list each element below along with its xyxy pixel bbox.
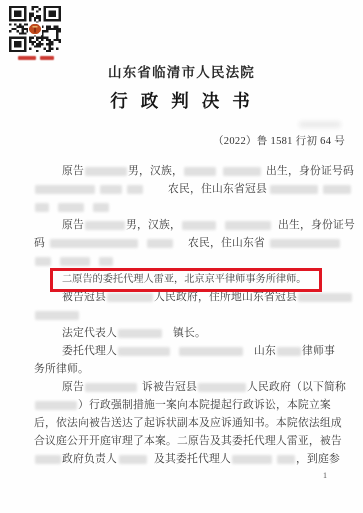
text-segment: 出生，身份证号 bbox=[278, 219, 355, 231]
redacted-text bbox=[184, 167, 216, 176]
text-segment: 山东 bbox=[254, 345, 276, 357]
text-gap bbox=[174, 245, 188, 246]
text-segment: 原告 bbox=[62, 381, 84, 393]
text-segment: ，到庭参 bbox=[296, 453, 340, 465]
body-text: 原告男，汉族，出生，身份证号码农民，住山东省冠县原告男，汉族，出生，身份证号码农… bbox=[34, 162, 348, 468]
redacted-text bbox=[147, 239, 173, 248]
text-segment: 农民，住山东省 bbox=[188, 237, 265, 249]
text-segment: 人民政府，住所地山东省冠县 bbox=[154, 291, 297, 303]
redacted-text bbox=[225, 221, 271, 230]
text-segment: 法定代表人 bbox=[62, 327, 117, 339]
redacted-text bbox=[85, 167, 127, 176]
text-line: 农民，住山东省冠县 bbox=[34, 180, 348, 198]
qr-code-icon bbox=[9, 6, 61, 52]
text-segment: 出生，身份证号码 bbox=[266, 165, 354, 177]
redacted-text bbox=[298, 293, 352, 302]
redacted-text bbox=[93, 203, 109, 212]
text-line bbox=[34, 198, 348, 216]
text-line: 后，依法向被告送达了起诉状副本及应诉通知书。本院依法组成 bbox=[34, 414, 348, 432]
text-gap bbox=[244, 353, 254, 354]
text-gap bbox=[144, 191, 168, 192]
text-line: 委托代理人山东律师事 bbox=[34, 342, 348, 360]
page-number: 1 bbox=[323, 471, 327, 480]
redacted-text bbox=[198, 383, 246, 392]
text-line bbox=[34, 306, 348, 324]
redacted-text bbox=[35, 185, 95, 194]
redacted-text bbox=[35, 401, 77, 410]
text-segment: 原告 bbox=[62, 219, 84, 231]
text-gap bbox=[163, 335, 173, 336]
redacted-text bbox=[50, 239, 138, 248]
redacted-text bbox=[223, 167, 261, 176]
redacted-text bbox=[118, 347, 170, 356]
text-segment: 男，汉族， bbox=[126, 219, 181, 231]
text-segment: 律师事 bbox=[302, 345, 335, 357]
text-segment: ）行政强制措施一案向本院提起行政诉讼，本院立案 bbox=[78, 399, 331, 411]
text-line: 原告男，汉族，出生，身份证号 bbox=[34, 216, 348, 234]
text-segment: 人民政府（以下简称 bbox=[247, 381, 346, 393]
redacted-text bbox=[35, 257, 51, 266]
redacted-text bbox=[100, 185, 122, 194]
text-segment: 男，汉族， bbox=[128, 165, 183, 177]
text-line: ）行政强制措施一案向本院提起行政诉讼，本院立案 bbox=[34, 396, 348, 414]
highlight-box bbox=[50, 268, 322, 292]
text-segment: 及其委托代理人 bbox=[154, 453, 231, 465]
redacted-text bbox=[119, 455, 147, 464]
redacted-text bbox=[99, 257, 113, 266]
case-number: （2022）鲁 1581 行初 64 号 bbox=[213, 133, 345, 148]
redacted-text bbox=[179, 347, 243, 356]
text-segment: 码 bbox=[34, 237, 45, 249]
text-line: 合议庭公开开庭审理了本案。二原告及其委托代理人雷亚，被告 bbox=[34, 432, 348, 450]
text-line: 码农民，住山东省 bbox=[34, 234, 348, 252]
text-segment: 合议庭公开开庭审理了本案。二原告及其委托代理人雷亚，被告 bbox=[34, 435, 342, 447]
text-gap bbox=[267, 191, 269, 192]
redacted-text bbox=[277, 455, 295, 464]
qr-caption-block bbox=[40, 56, 54, 60]
redacted-text bbox=[270, 185, 318, 194]
qr-caption-block bbox=[18, 56, 36, 60]
court-name: 山东省临清市人民法院 bbox=[0, 61, 363, 81]
redacted-text bbox=[107, 293, 153, 302]
redacted-text bbox=[277, 347, 301, 356]
redacted-text bbox=[35, 203, 49, 212]
text-segment: 农民，住山东省冠县 bbox=[168, 183, 267, 195]
redacted-text bbox=[85, 221, 125, 230]
text-segment: 委托代理人 bbox=[62, 345, 117, 357]
text-line: 原告诉被告冠县人民政府（以下简称 bbox=[34, 378, 348, 396]
scan-smudge bbox=[299, 121, 341, 128]
text-segment: 被告冠县 bbox=[62, 291, 106, 303]
document-page: 山东省临清市人民法院 行政判决书 （2022）鲁 1581 行初 64 号 原告… bbox=[0, 0, 363, 513]
redacted-text bbox=[35, 311, 79, 320]
redacted-text bbox=[85, 383, 137, 392]
text-gap bbox=[45, 245, 49, 246]
text-segment: 政府负责人 bbox=[62, 453, 117, 465]
text-line: 原告男，汉族，出生，身份证号码 bbox=[34, 162, 348, 180]
redacted-text bbox=[270, 239, 340, 248]
text-line: 政府负责人及其委托代理人，到庭参 bbox=[34, 450, 348, 468]
redacted-text bbox=[127, 185, 143, 194]
text-gap bbox=[265, 245, 269, 246]
document-title: 行政判决书 bbox=[0, 88, 363, 113]
redacted-text bbox=[35, 455, 61, 464]
text-segment: 诉被告冠县 bbox=[142, 381, 197, 393]
text-segment: 务所律师。 bbox=[34, 363, 89, 375]
text-line: 法定代表人镇长。 bbox=[34, 324, 348, 342]
verification-qr-code bbox=[9, 6, 61, 52]
text-line: 务所律师。 bbox=[34, 360, 348, 378]
redacted-text bbox=[60, 257, 90, 266]
redacted-text bbox=[118, 329, 162, 338]
redacted-text bbox=[182, 221, 216, 230]
text-segment: 原告 bbox=[62, 165, 84, 177]
text-segment: 后，依法向被告送达了起诉状副本及应诉通知书。本院依法组成 bbox=[34, 417, 342, 429]
redacted-text bbox=[58, 203, 84, 212]
text-segment: 镇长。 bbox=[173, 327, 206, 339]
redacted-text bbox=[232, 455, 272, 464]
redacted-text bbox=[323, 185, 351, 194]
